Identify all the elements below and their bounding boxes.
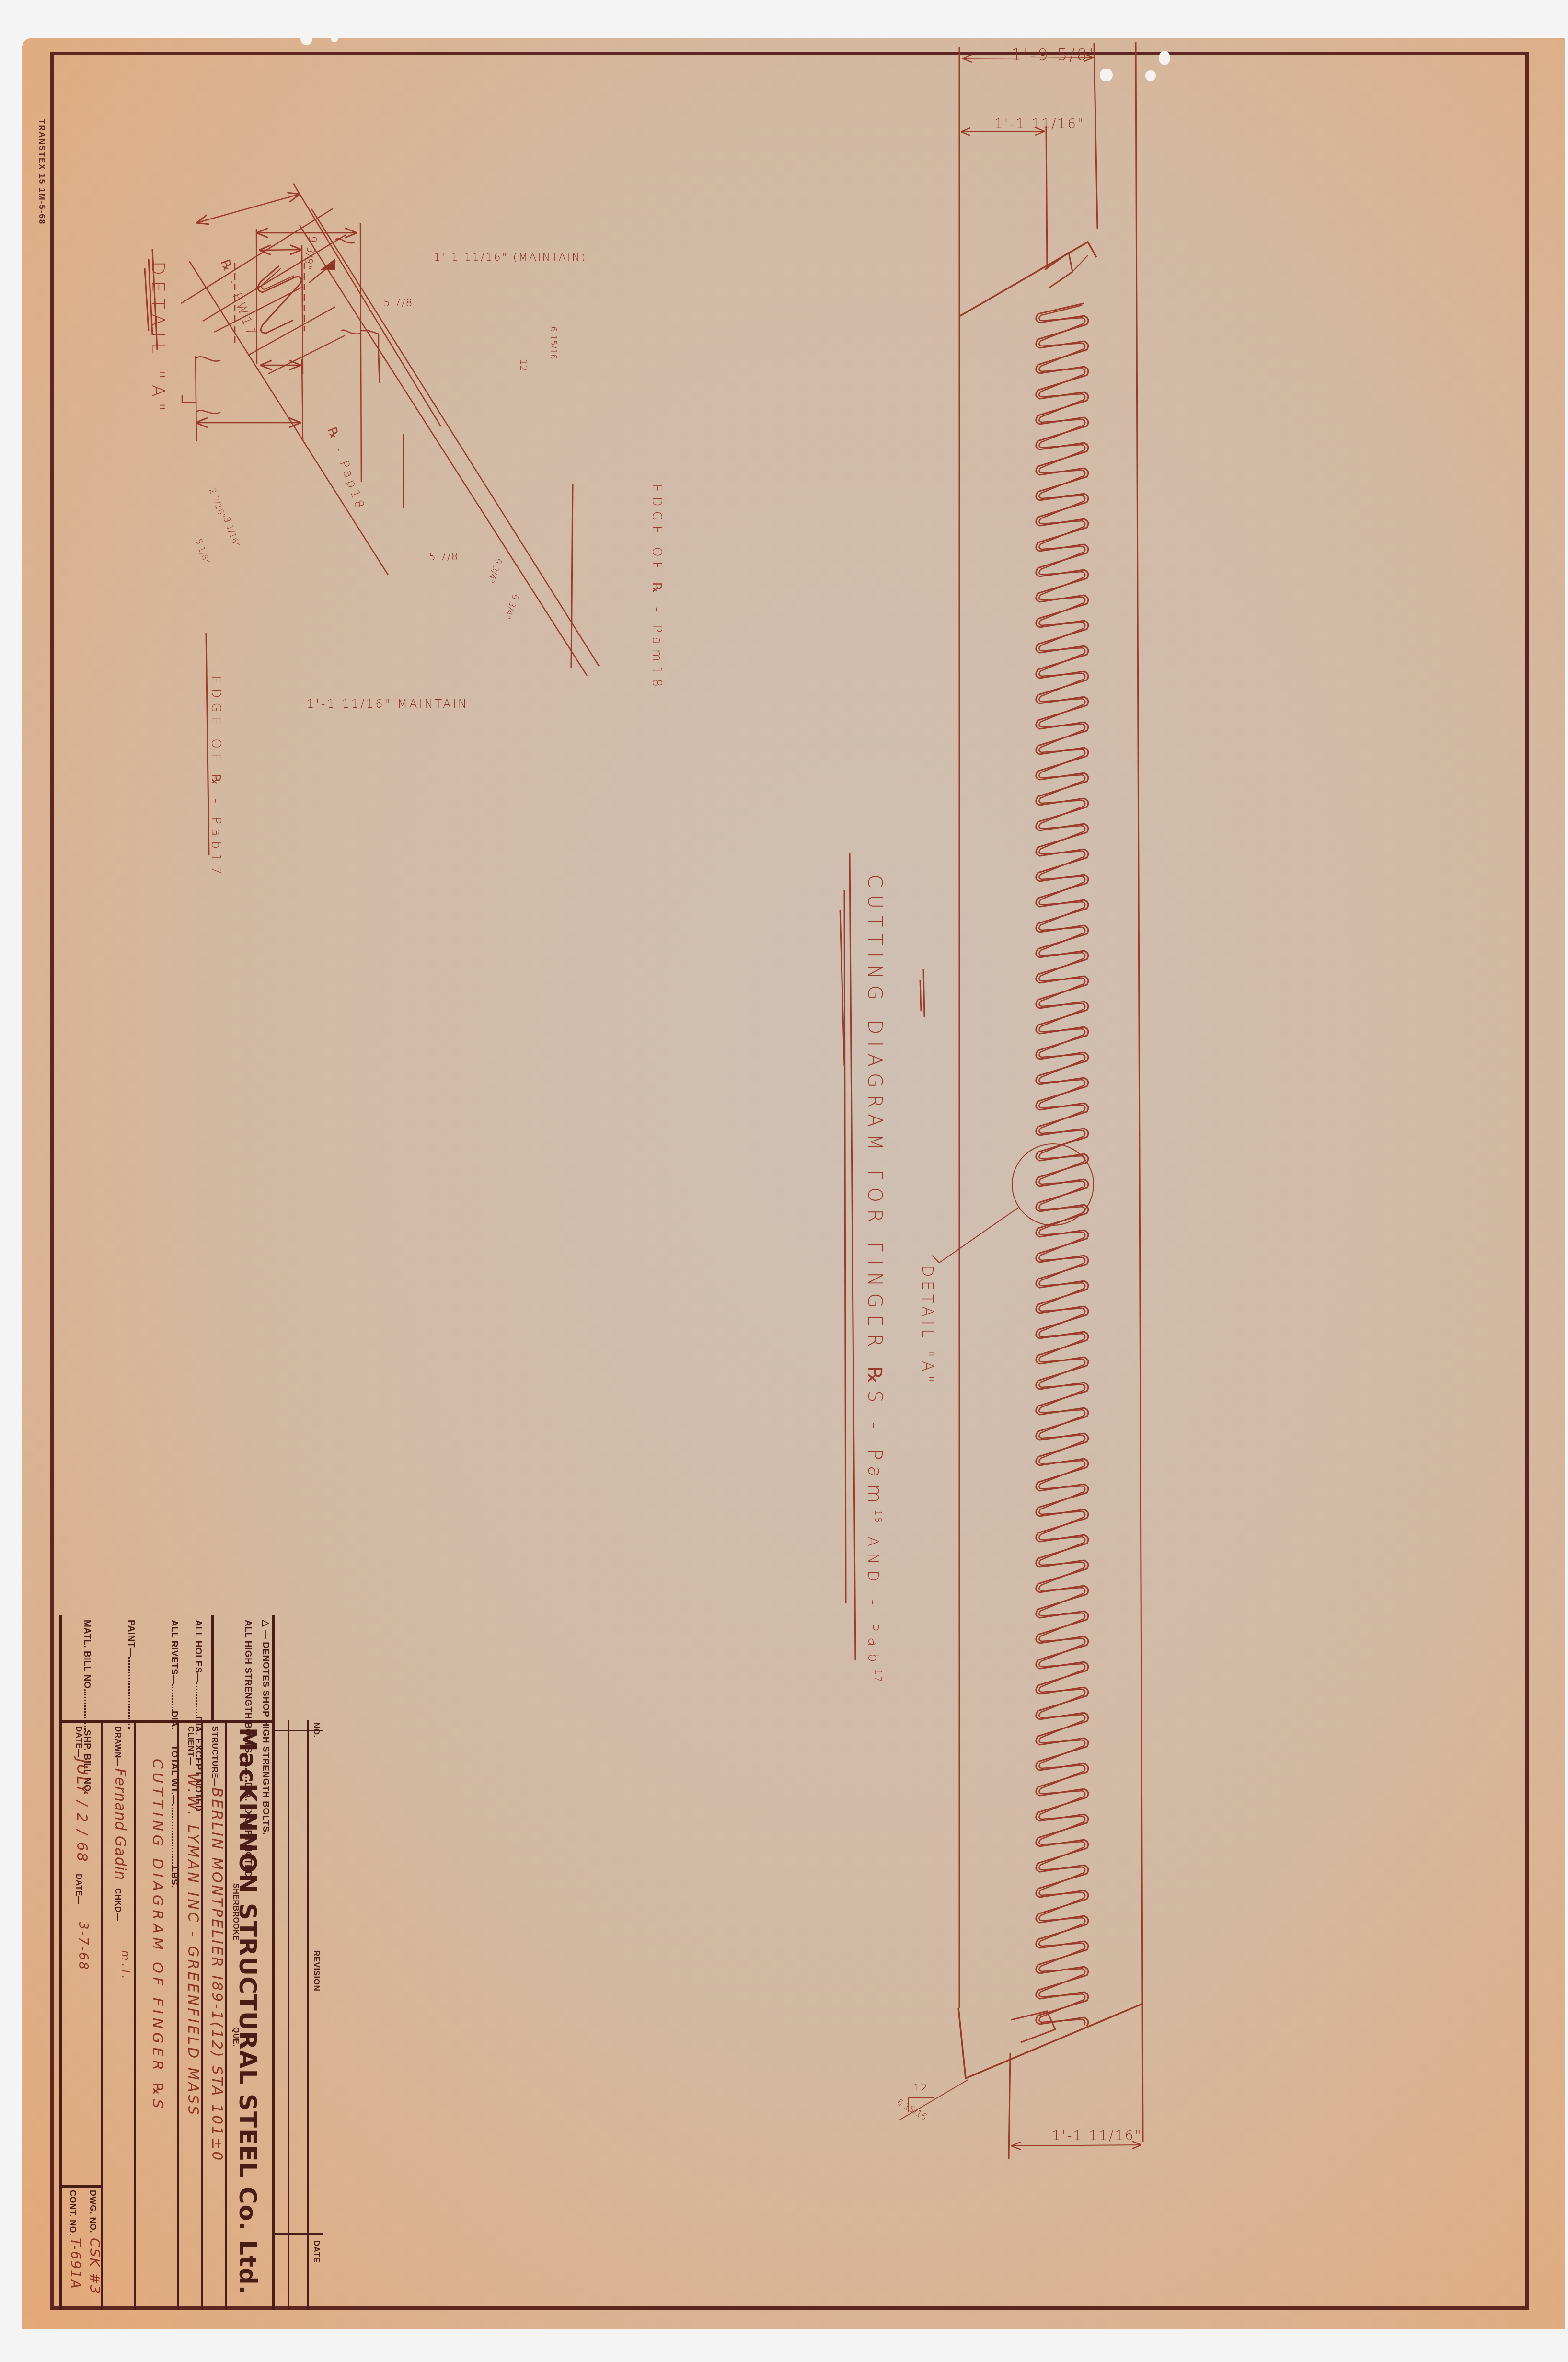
drawing-description: CUTTING DIAGRAM OF FINGER ℞S <box>149 1759 166 2112</box>
drawn-label: DRAWN— <box>113 1726 123 1766</box>
date2-label: DATE— <box>74 1874 83 1905</box>
note-total-wt-label: TOTAL WT.— <box>169 1745 179 1804</box>
note-paint-blank[interactable] <box>128 1657 130 1729</box>
chkd-label: CHKD— <box>113 1888 123 1921</box>
note-paint-label: PAINT— <box>126 1620 136 1657</box>
rev-no-header: NO. <box>311 1722 321 1738</box>
company-name: MacKINNON STRUCTURAL STEEL Co. Ltd. <box>234 1728 262 2295</box>
tb-rev-line <box>307 1720 309 2310</box>
note-matl-bill-label: MATL. BILL NO. <box>82 1620 92 1692</box>
dim-top-overall: 1'-9 5/8" <box>1011 46 1098 65</box>
detail-a-callout: DETAIL "A" <box>919 1265 937 1386</box>
dwg-no-label: DWG. NO. <box>88 2190 98 2233</box>
tb-rev-line2 <box>288 1720 289 2310</box>
rev-revision-header: REVISION <box>311 1950 321 1991</box>
finger-zigzag-cut <box>1036 303 1088 2026</box>
tb-bottom-line <box>59 1615 62 2310</box>
tb-rev-date-div <box>275 2233 323 2235</box>
detail-a-title: DETAIL "A" <box>148 261 169 417</box>
edge-left-label: EDGE OF ℞ - Pab17 <box>208 676 223 879</box>
company-city: SHERBROOKE <box>231 1883 240 1941</box>
structure-value: BERLIN MONTPELIER I89-1(12) STA 101±0 <box>208 1787 225 2162</box>
dim-slope-rise: 12 <box>913 2082 928 2094</box>
tb-notes-split <box>211 1615 214 1723</box>
note-rivets-suffix: DIA. <box>169 1711 179 1730</box>
tb-dwg-box <box>59 2185 103 2188</box>
chkd-value: m.l. <box>119 1950 131 1982</box>
note-total-wt-suffix: LBS. <box>169 1867 179 1888</box>
note-total-wt-blank[interactable] <box>172 1804 173 1867</box>
drawn-value: Fernand Gadin <box>112 1768 128 1880</box>
client-label: CLIENT— <box>186 1726 196 1765</box>
dim-width-top: 5 7/8 <box>383 297 413 309</box>
diagram-title: CUTTING DIAGRAM FOR FINGER ℞S - Pam18 AN… <box>864 875 886 1683</box>
note-rivets: ALL RIVETS—DIA. TOTAL WT.—LBS. <box>169 1620 179 1888</box>
dim-slope-run-detail: 6 15/16 <box>548 326 558 359</box>
diagram-title-main: CUTTING DIAGRAM FOR FINGER ℞S - Pam <box>864 875 886 1509</box>
dim-bottom-maintain: 1'-1 11/16" MAINTAIN <box>307 697 469 711</box>
company-province: QUE. <box>231 2027 240 2047</box>
cont-no-value: T-691A <box>68 2238 83 2290</box>
dim-bottom-inner: 1'-1 11/16" <box>1052 2128 1142 2143</box>
client-value: W.W. LYMAN INC - GREENFIELD MASS <box>184 1773 201 2117</box>
diagram-title-and: AND - Pab <box>865 1536 881 1669</box>
edge-right-label: EDGE OF ℞ - Pam18 <box>649 484 664 691</box>
dim-top-maintain: 1'-1 11/16" (MAINTAIN) <box>434 252 587 264</box>
diagram-title-sup1: 18 <box>873 1509 884 1523</box>
note-hsb-denotes: △ — DENOTES SHOP HIGH STRENGTH BOLTS. <box>260 1620 271 1835</box>
note-matl-bill-blank[interactable] <box>84 1692 86 1730</box>
note-rivets-label: ALL RIVETS— <box>169 1620 179 1684</box>
cont-no-label: CONT. NO. <box>68 2190 78 2236</box>
date-value: JULY / 2 / 68 <box>73 1759 90 1863</box>
structure-label: STRUCTURE— <box>210 1726 219 1787</box>
note-holes-blank[interactable] <box>196 1682 197 1716</box>
note-holes-label: ALL HOLES— <box>193 1620 203 1682</box>
tb-desc-line <box>134 1723 136 2310</box>
dim-top-inner: 1'-1 11/16" <box>994 116 1085 132</box>
diagram-title-sup2: 17 <box>873 1669 884 1683</box>
strip-right-edge <box>1136 42 1143 2142</box>
rev-date-header: DATE <box>311 2240 321 2263</box>
note-paint: PAINT— <box>126 1620 136 1729</box>
dim-slope-rise-detail: 12 <box>518 359 530 371</box>
title-block: △ — DENOTES SHOP HIGH STRENGTH BOLTS. AL… <box>59 1615 275 2310</box>
note-rivets-blank[interactable] <box>172 1684 173 1711</box>
date2-value: 3-7-68 <box>76 1922 90 1971</box>
dwg-no-value: CSK #3 <box>87 2238 103 2294</box>
tb-drawn-line <box>101 1723 103 2310</box>
dim-width-bottom: 5 7/8 <box>429 551 458 563</box>
tb-top-line <box>272 1615 275 2310</box>
date-label: DATE— <box>74 1726 83 1757</box>
